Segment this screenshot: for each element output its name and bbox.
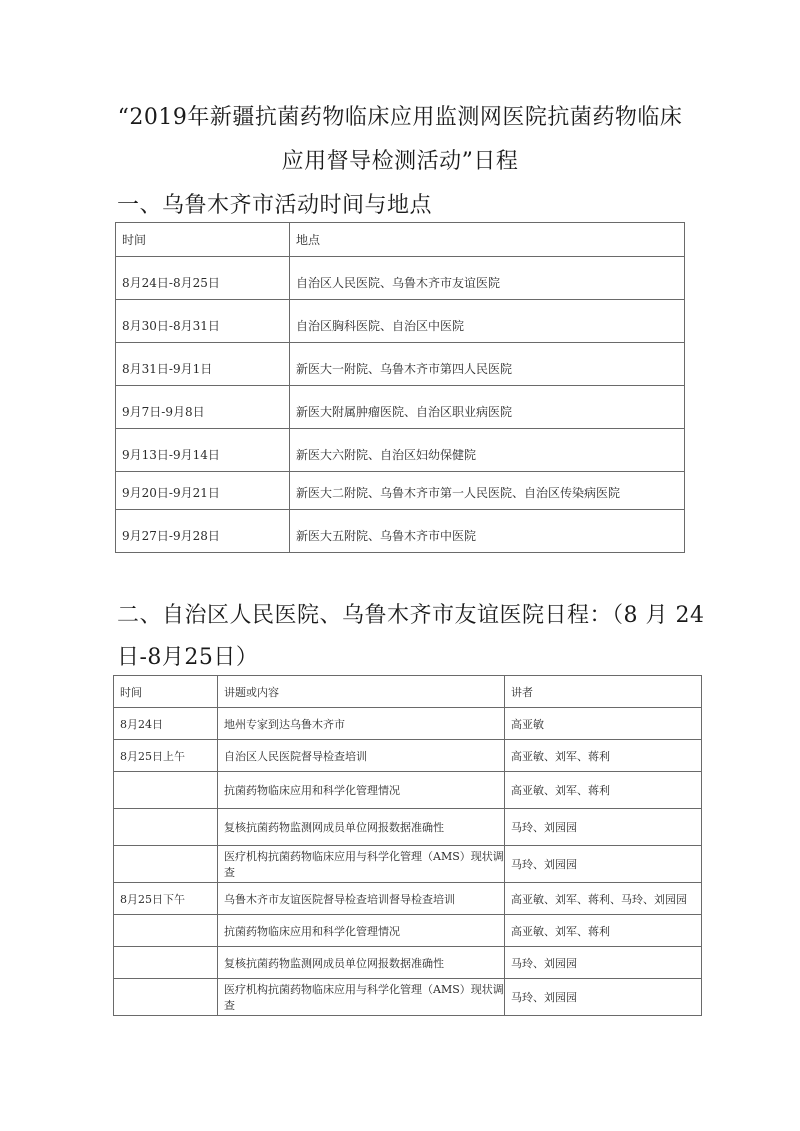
column-header-place: 地点 — [290, 223, 685, 257]
cell-topic: 医疗机构抗菌药物临床应用与科学化管理（AMS）现状调查 — [218, 979, 505, 1016]
column-header-time: 时间 — [116, 223, 290, 257]
table-row: 9月13日-9月14日 新医大六附院、自治区妇幼保健院 — [116, 429, 685, 472]
cell-topic: 复核抗菌药物监测网成员单位网报数据准确性 — [218, 947, 505, 979]
cell-place: 自治区人民医院、乌鲁木齐市友谊医院 — [290, 257, 685, 300]
cell-time: 8月30日-8月31日 — [116, 300, 290, 343]
cell-speaker: 高亚敏、刘军、蒋利 — [505, 915, 702, 947]
cell-speaker: 高亚敏、刘军、蒋利 — [505, 772, 702, 809]
cell-time — [114, 947, 218, 979]
cell-place: 新医大二附院、乌鲁木齐市第一人民医院、自治区传染病医院 — [290, 472, 685, 510]
table-header-row: 时间 讲题或内容 讲者 — [114, 676, 702, 708]
table-row: 医疗机构抗菌药物临床应用与科学化管理（AMS）现状调查 马玲、刘园园 — [114, 846, 702, 883]
table-row: 8月24日 地州专家到达乌鲁木齐市 高亚敏 — [114, 708, 702, 740]
cell-place: 新医大附属肿瘤医院、自治区职业病医院 — [290, 386, 685, 429]
cell-time — [114, 915, 218, 947]
table-row: 抗菌药物临床应用和科学化管理情况 高亚敏、刘军、蒋利 — [114, 915, 702, 947]
location-schedule-table: 时间 地点 8月24日-8月25日 自治区人民医院、乌鲁木齐市友谊医院 8月30… — [115, 222, 685, 553]
column-header-speaker: 讲者 — [505, 676, 702, 708]
table-row: 9月7日-9月8日 新医大附属肿瘤医院、自治区职业病医院 — [116, 386, 685, 429]
cell-time — [114, 979, 218, 1016]
cell-speaker: 马玲、刘园园 — [505, 979, 702, 1016]
cell-time — [114, 846, 218, 883]
table-row: 医疗机构抗菌药物临床应用与科学化管理（AMS）现状调查 马玲、刘园园 — [114, 979, 702, 1016]
cell-place: 新医大六附院、自治区妇幼保健院 — [290, 429, 685, 472]
cell-time: 9月7日-9月8日 — [116, 386, 290, 429]
table-row: 8月25日上午 自治区人民医院督导检查培训 高亚敏、刘军、蒋利 — [114, 740, 702, 772]
cell-topic: 乌鲁木齐市友谊医院督导检查培训督导检查培训 — [218, 883, 505, 915]
cell-time: 8月31日-9月1日 — [116, 343, 290, 386]
cell-topic: 抗菌药物临床应用和科学化管理情况 — [218, 915, 505, 947]
table-header-row: 时间 地点 — [116, 223, 685, 257]
section-2-heading-line-1: 二、自治区人民医院、乌鲁木齐市友谊医院日程：（8 月 24 — [117, 598, 704, 629]
table-row: 抗菌药物临床应用和科学化管理情况 高亚敏、刘军、蒋利 — [114, 772, 702, 809]
cell-time: 9月20日-9月21日 — [116, 472, 290, 510]
cell-topic: 抗菌药物临床应用和科学化管理情况 — [218, 772, 505, 809]
cell-topic: 医疗机构抗菌药物临床应用与科学化管理（AMS）现状调查 — [218, 846, 505, 883]
cell-time: 8月24日-8月25日 — [116, 257, 290, 300]
cell-time — [114, 809, 218, 846]
table-row: 复核抗菌药物监测网成员单位网报数据准确性 马玲、刘园园 — [114, 947, 702, 979]
table-row: 9月27日-9月28日 新医大五附院、乌鲁木齐市中医院 — [116, 510, 685, 553]
hospital-schedule-table: 时间 讲题或内容 讲者 8月24日 地州专家到达乌鲁木齐市 高亚敏 8月25日上… — [113, 675, 702, 1016]
cell-speaker: 马玲、刘园园 — [505, 846, 702, 883]
cell-speaker: 高亚敏、刘军、蒋利 — [505, 740, 702, 772]
document-title-line-1: “2019年新疆抗菌药物临床应用监测网医院抗菌药物临床 — [0, 100, 800, 131]
cell-speaker: 马玲、刘园园 — [505, 947, 702, 979]
cell-time: 8月24日 — [114, 708, 218, 740]
table-row: 9月20日-9月21日 新医大二附院、乌鲁木齐市第一人民医院、自治区传染病医院 — [116, 472, 685, 510]
table-row: 8月24日-8月25日 自治区人民医院、乌鲁木齐市友谊医院 — [116, 257, 685, 300]
section-2-heading-line-2: 日-8月25日） — [117, 640, 258, 671]
table-row: 复核抗菌药物监测网成员单位网报数据准确性 马玲、刘园园 — [114, 809, 702, 846]
cell-place: 新医大五附院、乌鲁木齐市中医院 — [290, 510, 685, 553]
table-row: 8月25日下午 乌鲁木齐市友谊医院督导检查培训督导检查培训 高亚敏、刘军、蒋利、… — [114, 883, 702, 915]
cell-speaker: 马玲、刘园园 — [505, 809, 702, 846]
cell-speaker: 高亚敏 — [505, 708, 702, 740]
document-title-line-2: 应用督导检测活动”日程 — [0, 144, 800, 175]
cell-time — [114, 772, 218, 809]
cell-topic: 自治区人民医院督导检查培训 — [218, 740, 505, 772]
cell-time: 8月25日下午 — [114, 883, 218, 915]
cell-topic: 复核抗菌药物监测网成员单位网报数据准确性 — [218, 809, 505, 846]
cell-place: 新医大一附院、乌鲁木齐市第四人民医院 — [290, 343, 685, 386]
cell-time: 9月27日-9月28日 — [116, 510, 290, 553]
column-header-topic: 讲题或内容 — [218, 676, 505, 708]
cell-place: 自治区胸科医院、自治区中医院 — [290, 300, 685, 343]
cell-topic: 地州专家到达乌鲁木齐市 — [218, 708, 505, 740]
section-1-heading: 一、乌鲁木齐市活动时间与地点 — [117, 188, 432, 219]
cell-time: 8月25日上午 — [114, 740, 218, 772]
cell-speaker: 高亚敏、刘军、蒋利、马玲、刘园园 — [505, 883, 702, 915]
table-row: 8月30日-8月31日 自治区胸科医院、自治区中医院 — [116, 300, 685, 343]
column-header-time: 时间 — [114, 676, 218, 708]
table-row: 8月31日-9月1日 新医大一附院、乌鲁木齐市第四人民医院 — [116, 343, 685, 386]
cell-time: 9月13日-9月14日 — [116, 429, 290, 472]
